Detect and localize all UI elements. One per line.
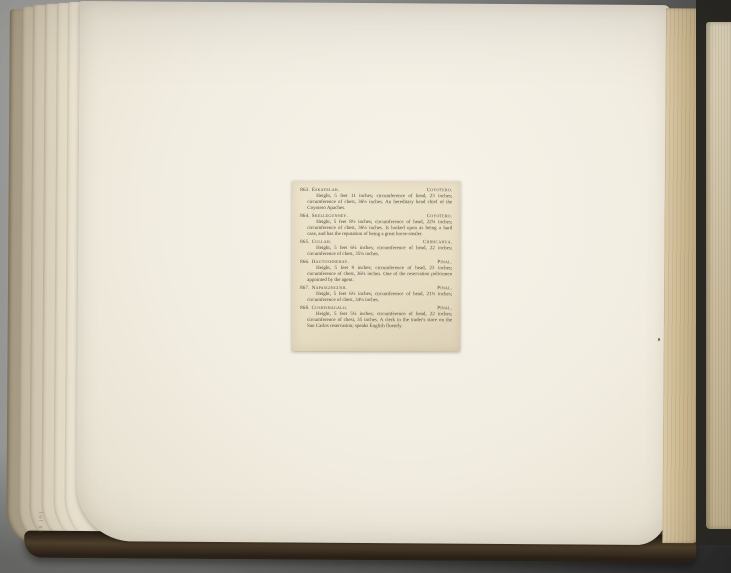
entry-description: Height, 5 feet 6½ inches; circumference … bbox=[307, 292, 452, 304]
pencil-inscription: 18 (6) bbox=[38, 493, 44, 533]
catalog-entry: 867.Napasgingush. Pinal. Height, 5 feet … bbox=[300, 286, 452, 304]
entry-number: 864. bbox=[300, 214, 310, 219]
adjacent-page-edge bbox=[706, 22, 731, 529]
entry-description: Height, 5 feet 11 inches; circumference … bbox=[307, 194, 452, 212]
entry-number: 866. bbox=[300, 260, 310, 265]
entry-number: 863. bbox=[300, 188, 310, 193]
entry-number: 865. bbox=[300, 240, 310, 245]
entry-name: Hautushnehay. bbox=[312, 260, 349, 265]
album-book: 18 (6) 863.Eskayelah. Coyotero. Height, … bbox=[0, 0, 731, 573]
entry-description: Height, 5 feet 9 inches; circumference o… bbox=[307, 266, 452, 284]
entry-description: Height, 5 feet 5¼ inches; circumference … bbox=[307, 312, 452, 330]
catalog-entry: 863.Eskayelah. Coyotero. Height, 5 feet … bbox=[300, 188, 452, 212]
catalog-label: 863.Eskayelah. Coyotero. Height, 5 feet … bbox=[292, 181, 460, 351]
entry-name: Cushishagalo. bbox=[312, 306, 348, 311]
entry-name: Cullah. bbox=[312, 240, 332, 245]
entry-number: 868. bbox=[300, 306, 310, 311]
photo-scene: 18 (6) 863.Eskayelah. Coyotero. Height, … bbox=[0, 0, 731, 573]
catalog-entry: 868.Cushishagalo. Pinal. Height, 5 feet … bbox=[300, 306, 452, 330]
entry-name: Skellegunney. bbox=[312, 214, 348, 219]
entry-name: Eskayelah. bbox=[312, 188, 340, 193]
entry-number: 867. bbox=[300, 286, 310, 291]
entry-description: Height, 5 feet 8½ inches; circumference … bbox=[307, 220, 452, 238]
catalog-entry: 865.Cullah. Chiricahua. Height, 5 feet 6… bbox=[300, 240, 452, 258]
entry-name: Napasgingush. bbox=[312, 286, 347, 291]
catalog-entry: 866.Hautushnehay. Pinal. Height, 5 feet … bbox=[300, 260, 452, 284]
catalog-entry: 864.Skellegunney. Coyotero. Height, 5 fe… bbox=[300, 214, 452, 238]
entry-description: Height, 5 feet 6¼ inches; circumference … bbox=[307, 246, 452, 258]
dust-speck bbox=[658, 338, 660, 341]
